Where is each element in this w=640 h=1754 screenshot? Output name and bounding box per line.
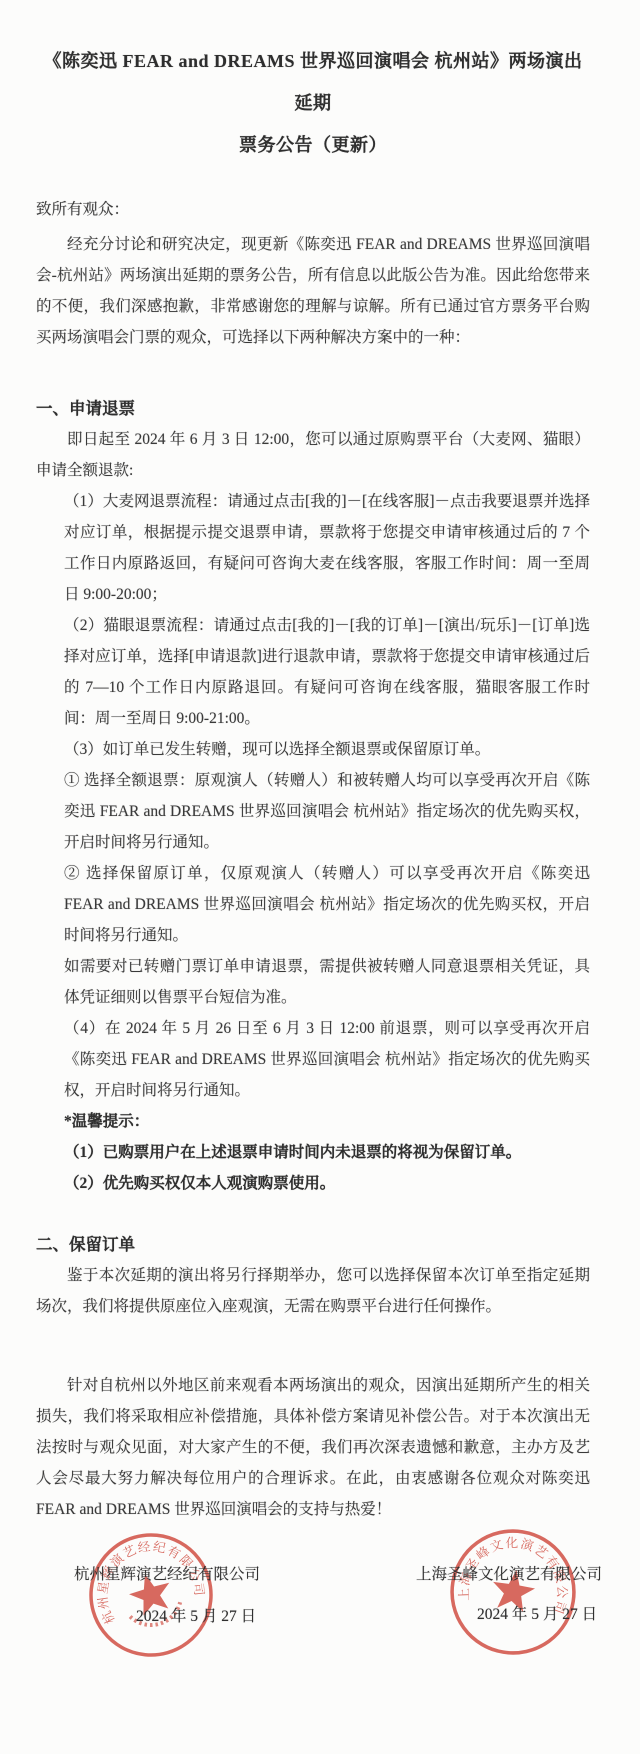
company-name-left: 杭州星辉演艺经纪有限公司 xyxy=(74,1562,260,1584)
document-body: 《陈奕迅 FEAR and DREAMS 世界巡回演唱会 杭州站》两场演出延期 … xyxy=(0,0,640,1525)
tip-item-1: （1）已购票用户在上述退票申请时间内未退票的将视为保留订单。 xyxy=(64,1137,590,1168)
company-seal-stamp-right: 上海圣峰文化演艺有限公司 xyxy=(437,1516,588,1667)
page-title: 《陈奕迅 FEAR and DREAMS 世界巡回演唱会 杭州站》两场演出延期 … xyxy=(36,40,590,166)
refund-option-keep-order: ② 选择保留原订单，仅原观演人（转赠人）可以享受再次开启《陈奕迅 FEAR an… xyxy=(64,858,590,951)
tips-heading: *温馨提示： xyxy=(64,1106,590,1137)
refund-item-maoyan: （2）猫眼退票流程：请通过点击[我的]－[我的订单]－[演出/玩乐]－[订单]选… xyxy=(64,610,590,734)
refund-option-full-refund: ① 选择全额退票：原观演人（转赠人）和被转赠人均可以享受再次开启《陈奕迅 FEA… xyxy=(64,765,590,858)
section-2-heading: 二、保留订单 xyxy=(36,1229,590,1260)
keep-order-paragraph: 鉴于本次延期的演出将另行择期举办，您可以选择保留本次订单至指定延期场次，我们将提… xyxy=(36,1260,590,1322)
company-seal-stamp-left: 杭州星辉演艺经纪有限公司 xyxy=(71,1515,232,1676)
sign-date-left: 2024 年 5 月 27 日 xyxy=(136,1604,256,1626)
title-line-2: 票务公告（更新） xyxy=(36,124,590,166)
section-1-heading: 一、申请退票 xyxy=(36,393,590,424)
announcement-page: 《陈奕迅 FEAR and DREAMS 世界巡回演唱会 杭州站》两场演出延期 … xyxy=(0,0,640,1754)
refund-item-damai: （1）大麦网退票流程：请通过点击[我的]－[在线客服]－点击我要退票并选择对应订… xyxy=(64,486,590,610)
sign-date-right: 2024 年 5 月 27 日 xyxy=(477,1602,597,1624)
refund-lead-paragraph: 即日起至 2024 年 6 月 3 日 12:00，您可以通过原购票平台（大麦网… xyxy=(36,424,590,486)
signature-area: 杭州星辉演艺经纪有限公司 上海圣峰文化演艺有限公司 杭州星辉演艺经纪有限公司 2… xyxy=(0,1490,640,1754)
refund-item-priority-window: （4）在 2024 年 5 月 26 日至 6 月 3 日 12:00 前退票，… xyxy=(64,1013,590,1106)
refund-item-transferred: （3）如订单已发生转赠，现可以选择全额退票或保留原订单。 xyxy=(64,734,590,765)
tip-item-2: （2）优先购买权仅本人观演购票使用。 xyxy=(64,1168,590,1199)
refund-note-transfer-proof: 如需要对已转赠门票订单申请退票，需提供被转赠人同意退票相关凭证，具体凭证细则以售… xyxy=(64,951,590,1013)
salutation: 致所有观众： xyxy=(36,194,590,225)
company-name-right: 上海圣峰文化演艺有限公司 xyxy=(416,1562,602,1584)
title-line-1: 《陈奕迅 FEAR and DREAMS 世界巡回演唱会 杭州站》两场演出延期 xyxy=(36,40,590,124)
intro-paragraph: 经充分讨论和研究决定，现更新《陈奕迅 FEAR and DREAMS 世界巡回演… xyxy=(36,229,590,353)
